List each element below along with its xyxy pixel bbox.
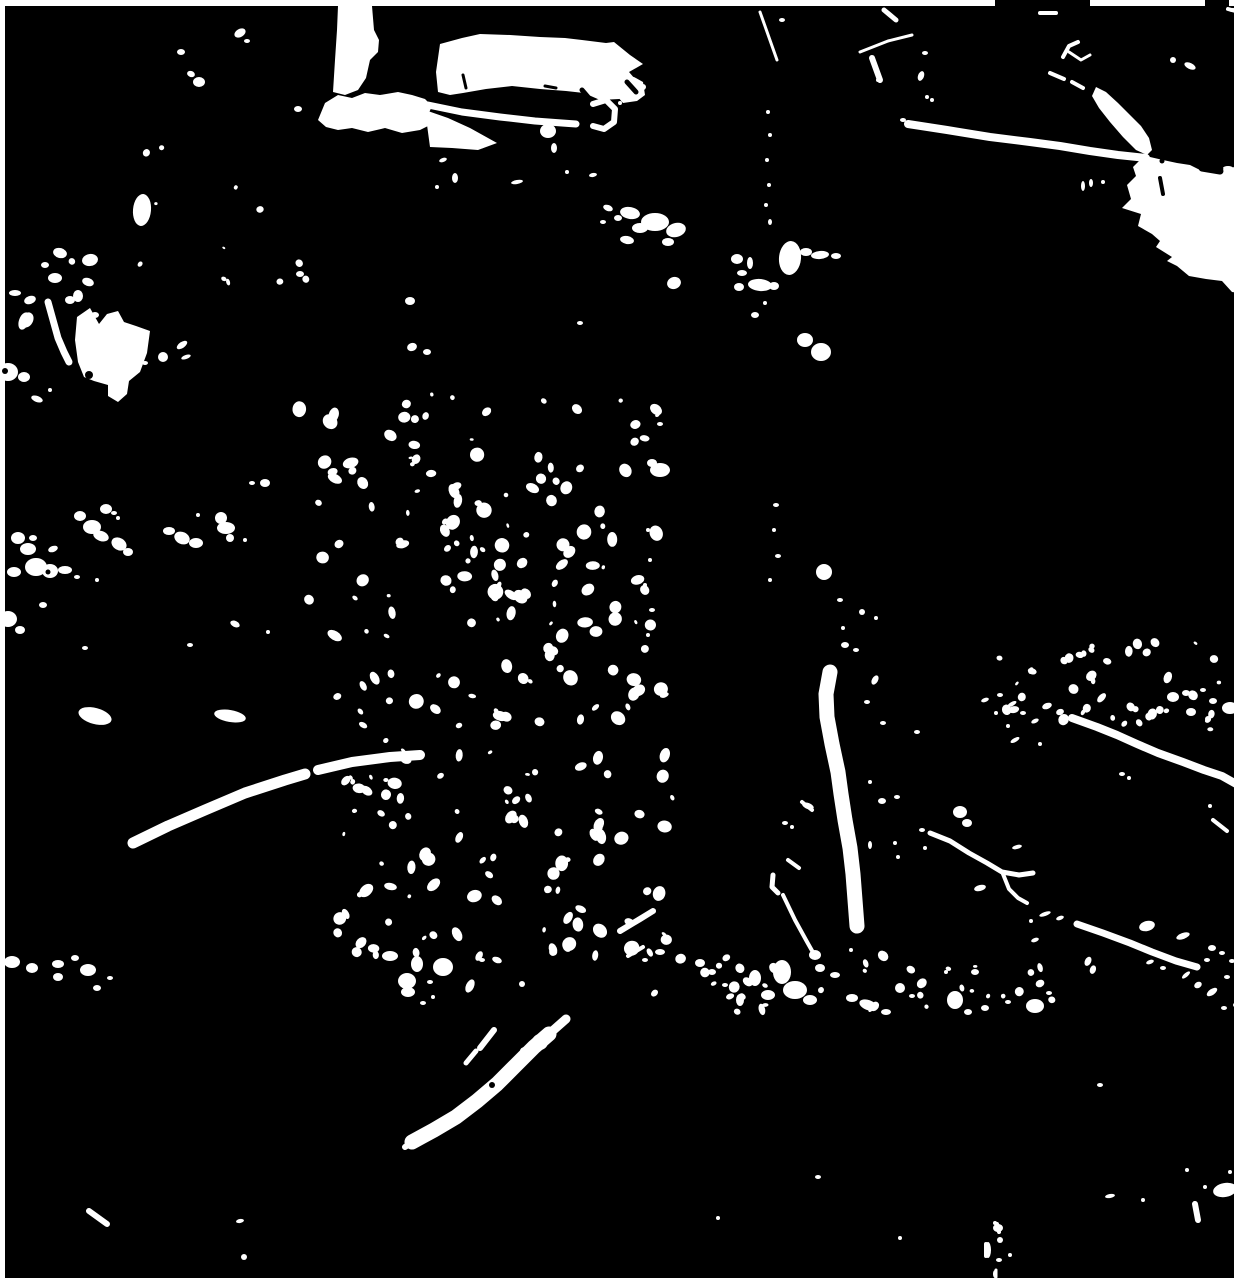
blob	[600, 220, 606, 224]
blob	[1081, 181, 1085, 191]
foot-blob	[318, 92, 432, 133]
blob	[803, 995, 817, 1005]
blob	[853, 648, 859, 652]
blob	[737, 270, 747, 276]
blob	[695, 959, 705, 967]
blob	[433, 958, 453, 976]
blob	[52, 960, 64, 968]
blob	[768, 219, 772, 225]
blob	[768, 133, 772, 137]
blob	[53, 973, 63, 981]
blob	[1229, 959, 1235, 963]
frame-gap	[1205, 0, 1229, 7]
blob	[1005, 1000, 1011, 1004]
blob	[632, 223, 648, 233]
blob	[662, 238, 674, 246]
blob	[773, 960, 791, 984]
blob	[4, 956, 20, 968]
blob	[767, 183, 771, 187]
blob	[452, 173, 458, 183]
blob	[411, 956, 423, 972]
blob	[1038, 742, 1042, 746]
blob	[266, 630, 270, 634]
blob	[779, 18, 785, 22]
blob	[881, 1009, 891, 1015]
blob	[841, 626, 845, 630]
dash-in-mass-c	[545, 86, 556, 88]
blob	[747, 257, 753, 269]
blob	[71, 955, 79, 961]
blob	[1224, 975, 1230, 979]
blob	[763, 301, 767, 305]
blob	[294, 106, 302, 112]
blob	[1219, 951, 1225, 955]
blob	[26, 963, 38, 973]
blob	[401, 987, 415, 997]
blob	[997, 693, 1003, 697]
blob	[790, 825, 794, 829]
blob	[994, 711, 998, 715]
blob	[646, 528, 650, 532]
blob	[20, 543, 36, 555]
blob	[923, 846, 927, 850]
blob	[1184, 166, 1192, 170]
blob	[1160, 966, 1166, 970]
blob	[893, 841, 897, 845]
blob	[947, 991, 963, 1009]
blob	[618, 101, 622, 105]
blob	[962, 819, 972, 827]
blob	[734, 283, 744, 291]
mask-background	[5, 6, 1234, 1278]
blob	[1029, 919, 1033, 923]
blob	[39, 602, 47, 608]
blob	[189, 538, 203, 548]
blob	[830, 972, 840, 978]
blob	[716, 1216, 720, 1220]
blob	[783, 981, 807, 999]
blob	[643, 583, 647, 587]
blob	[773, 503, 779, 507]
blob	[646, 633, 650, 637]
blob	[811, 343, 831, 361]
black-dot	[1160, 159, 1165, 164]
blob	[797, 333, 813, 347]
blob	[930, 98, 934, 102]
blob	[1020, 711, 1026, 715]
blob	[1228, 1170, 1232, 1174]
blob	[1046, 991, 1052, 995]
blob	[551, 143, 557, 153]
blob	[782, 821, 788, 825]
blob	[909, 994, 915, 998]
blob	[981, 1005, 989, 1011]
blob	[764, 203, 768, 207]
blob	[423, 349, 431, 355]
blob	[676, 955, 684, 961]
blob	[1205, 716, 1211, 722]
blob	[1200, 688, 1206, 692]
blob	[1101, 180, 1105, 184]
blob	[997, 1237, 1003, 1243]
blob	[761, 990, 775, 1000]
blob	[971, 969, 979, 975]
blob	[158, 352, 168, 362]
blob	[48, 388, 52, 392]
blob	[1208, 804, 1212, 808]
blob	[1127, 776, 1131, 780]
speckle	[973, 965, 977, 968]
blob	[95, 578, 99, 582]
blob	[249, 481, 255, 485]
blob	[736, 994, 744, 1006]
blob	[11, 532, 25, 544]
blob	[48, 273, 62, 283]
blob	[614, 215, 622, 221]
blob	[864, 700, 870, 704]
blob	[15, 626, 25, 634]
blob	[874, 616, 878, 620]
blob	[82, 646, 88, 650]
blob	[953, 806, 967, 818]
blob	[479, 958, 485, 962]
blob	[841, 642, 849, 648]
blob	[722, 983, 728, 987]
blob	[260, 479, 270, 487]
blob	[649, 608, 655, 612]
blob	[1203, 1185, 1207, 1189]
blob	[1223, 166, 1233, 170]
blob	[731, 254, 743, 264]
blob	[74, 511, 86, 521]
blob	[123, 548, 133, 556]
blob	[116, 516, 120, 520]
blob	[1221, 1006, 1227, 1010]
blob	[80, 964, 96, 976]
blob	[107, 976, 113, 980]
blob	[925, 95, 929, 99]
blob	[648, 558, 652, 562]
blob	[74, 575, 80, 579]
blob	[18, 372, 30, 382]
blob	[775, 554, 781, 558]
blob	[868, 780, 872, 784]
blob	[1008, 1253, 1012, 1257]
blob	[1222, 702, 1238, 714]
black-dot	[2, 368, 8, 374]
blob	[41, 262, 49, 268]
blob	[1097, 1083, 1103, 1087]
blob	[73, 290, 83, 302]
blob	[996, 1258, 1002, 1262]
blob	[964, 1009, 972, 1015]
blob	[577, 321, 583, 325]
blob	[93, 985, 101, 991]
blob	[244, 39, 250, 43]
blob	[849, 948, 853, 952]
blob	[91, 312, 99, 318]
blob	[7, 567, 21, 577]
blob	[193, 77, 205, 87]
blob	[868, 841, 872, 849]
blob	[749, 970, 761, 986]
blob	[1170, 57, 1176, 63]
blob	[1208, 945, 1216, 951]
blob	[296, 271, 304, 277]
blob	[914, 730, 920, 734]
blob	[1119, 772, 1125, 776]
blob	[1209, 698, 1217, 704]
blob	[815, 1175, 821, 1179]
blob	[1186, 708, 1196, 716]
blob	[895, 983, 905, 993]
blob	[655, 949, 665, 955]
blob	[1204, 958, 1210, 962]
blob	[226, 534, 234, 542]
blob	[111, 511, 117, 515]
blob	[1141, 1198, 1145, 1202]
blob	[217, 522, 235, 534]
blob	[142, 361, 148, 365]
blob	[565, 170, 569, 174]
blob	[708, 969, 716, 975]
blob	[1182, 690, 1190, 696]
blob	[1006, 724, 1010, 728]
blob	[944, 970, 948, 974]
blob	[243, 538, 247, 542]
blob	[642, 958, 648, 962]
blob	[837, 598, 843, 602]
blob	[800, 248, 812, 256]
black-dot	[46, 570, 51, 575]
blob	[640, 84, 646, 90]
blob	[241, 1254, 247, 1260]
blob	[540, 124, 556, 138]
blob	[896, 855, 900, 859]
blob	[880, 721, 886, 725]
blob	[1089, 179, 1093, 187]
blob	[772, 528, 776, 532]
blob	[831, 253, 841, 259]
bottom-sliver-2	[997, 1224, 999, 1232]
blob	[58, 566, 72, 574]
br-sliver	[1195, 1204, 1198, 1220]
blob	[768, 578, 772, 582]
blob	[898, 1236, 902, 1240]
blob	[816, 564, 832, 580]
blob	[427, 980, 433, 984]
blob	[647, 459, 657, 467]
blob	[196, 513, 200, 517]
blob	[177, 49, 185, 55]
blob	[1026, 999, 1044, 1013]
blob	[1185, 1168, 1189, 1172]
blob	[9, 290, 21, 296]
blob	[859, 609, 865, 615]
blob	[919, 828, 925, 832]
blob	[420, 1001, 426, 1005]
blob	[435, 185, 439, 189]
blob	[751, 312, 759, 318]
blob	[398, 973, 416, 989]
blob	[922, 51, 928, 55]
black-dot	[85, 371, 93, 379]
notch-top-of-mass-f	[1202, 168, 1220, 171]
blob	[519, 981, 525, 987]
figure-canvas	[0, 0, 1240, 1285]
blob	[187, 643, 193, 647]
blob	[846, 994, 858, 1002]
frame-gap	[995, 0, 1090, 7]
blob	[405, 297, 415, 305]
blob	[431, 995, 435, 999]
blob	[382, 951, 398, 961]
blob	[29, 535, 37, 541]
blob	[894, 795, 900, 799]
blob	[163, 527, 175, 535]
black-dot	[489, 1082, 495, 1088]
blob	[765, 158, 769, 162]
blob	[769, 282, 779, 290]
blob	[766, 110, 770, 114]
binary-segmentation-figure	[0, 0, 1240, 1285]
blob	[657, 422, 663, 426]
blob	[1167, 692, 1179, 702]
blob	[815, 964, 825, 972]
blob	[100, 504, 112, 514]
blob	[878, 798, 886, 804]
